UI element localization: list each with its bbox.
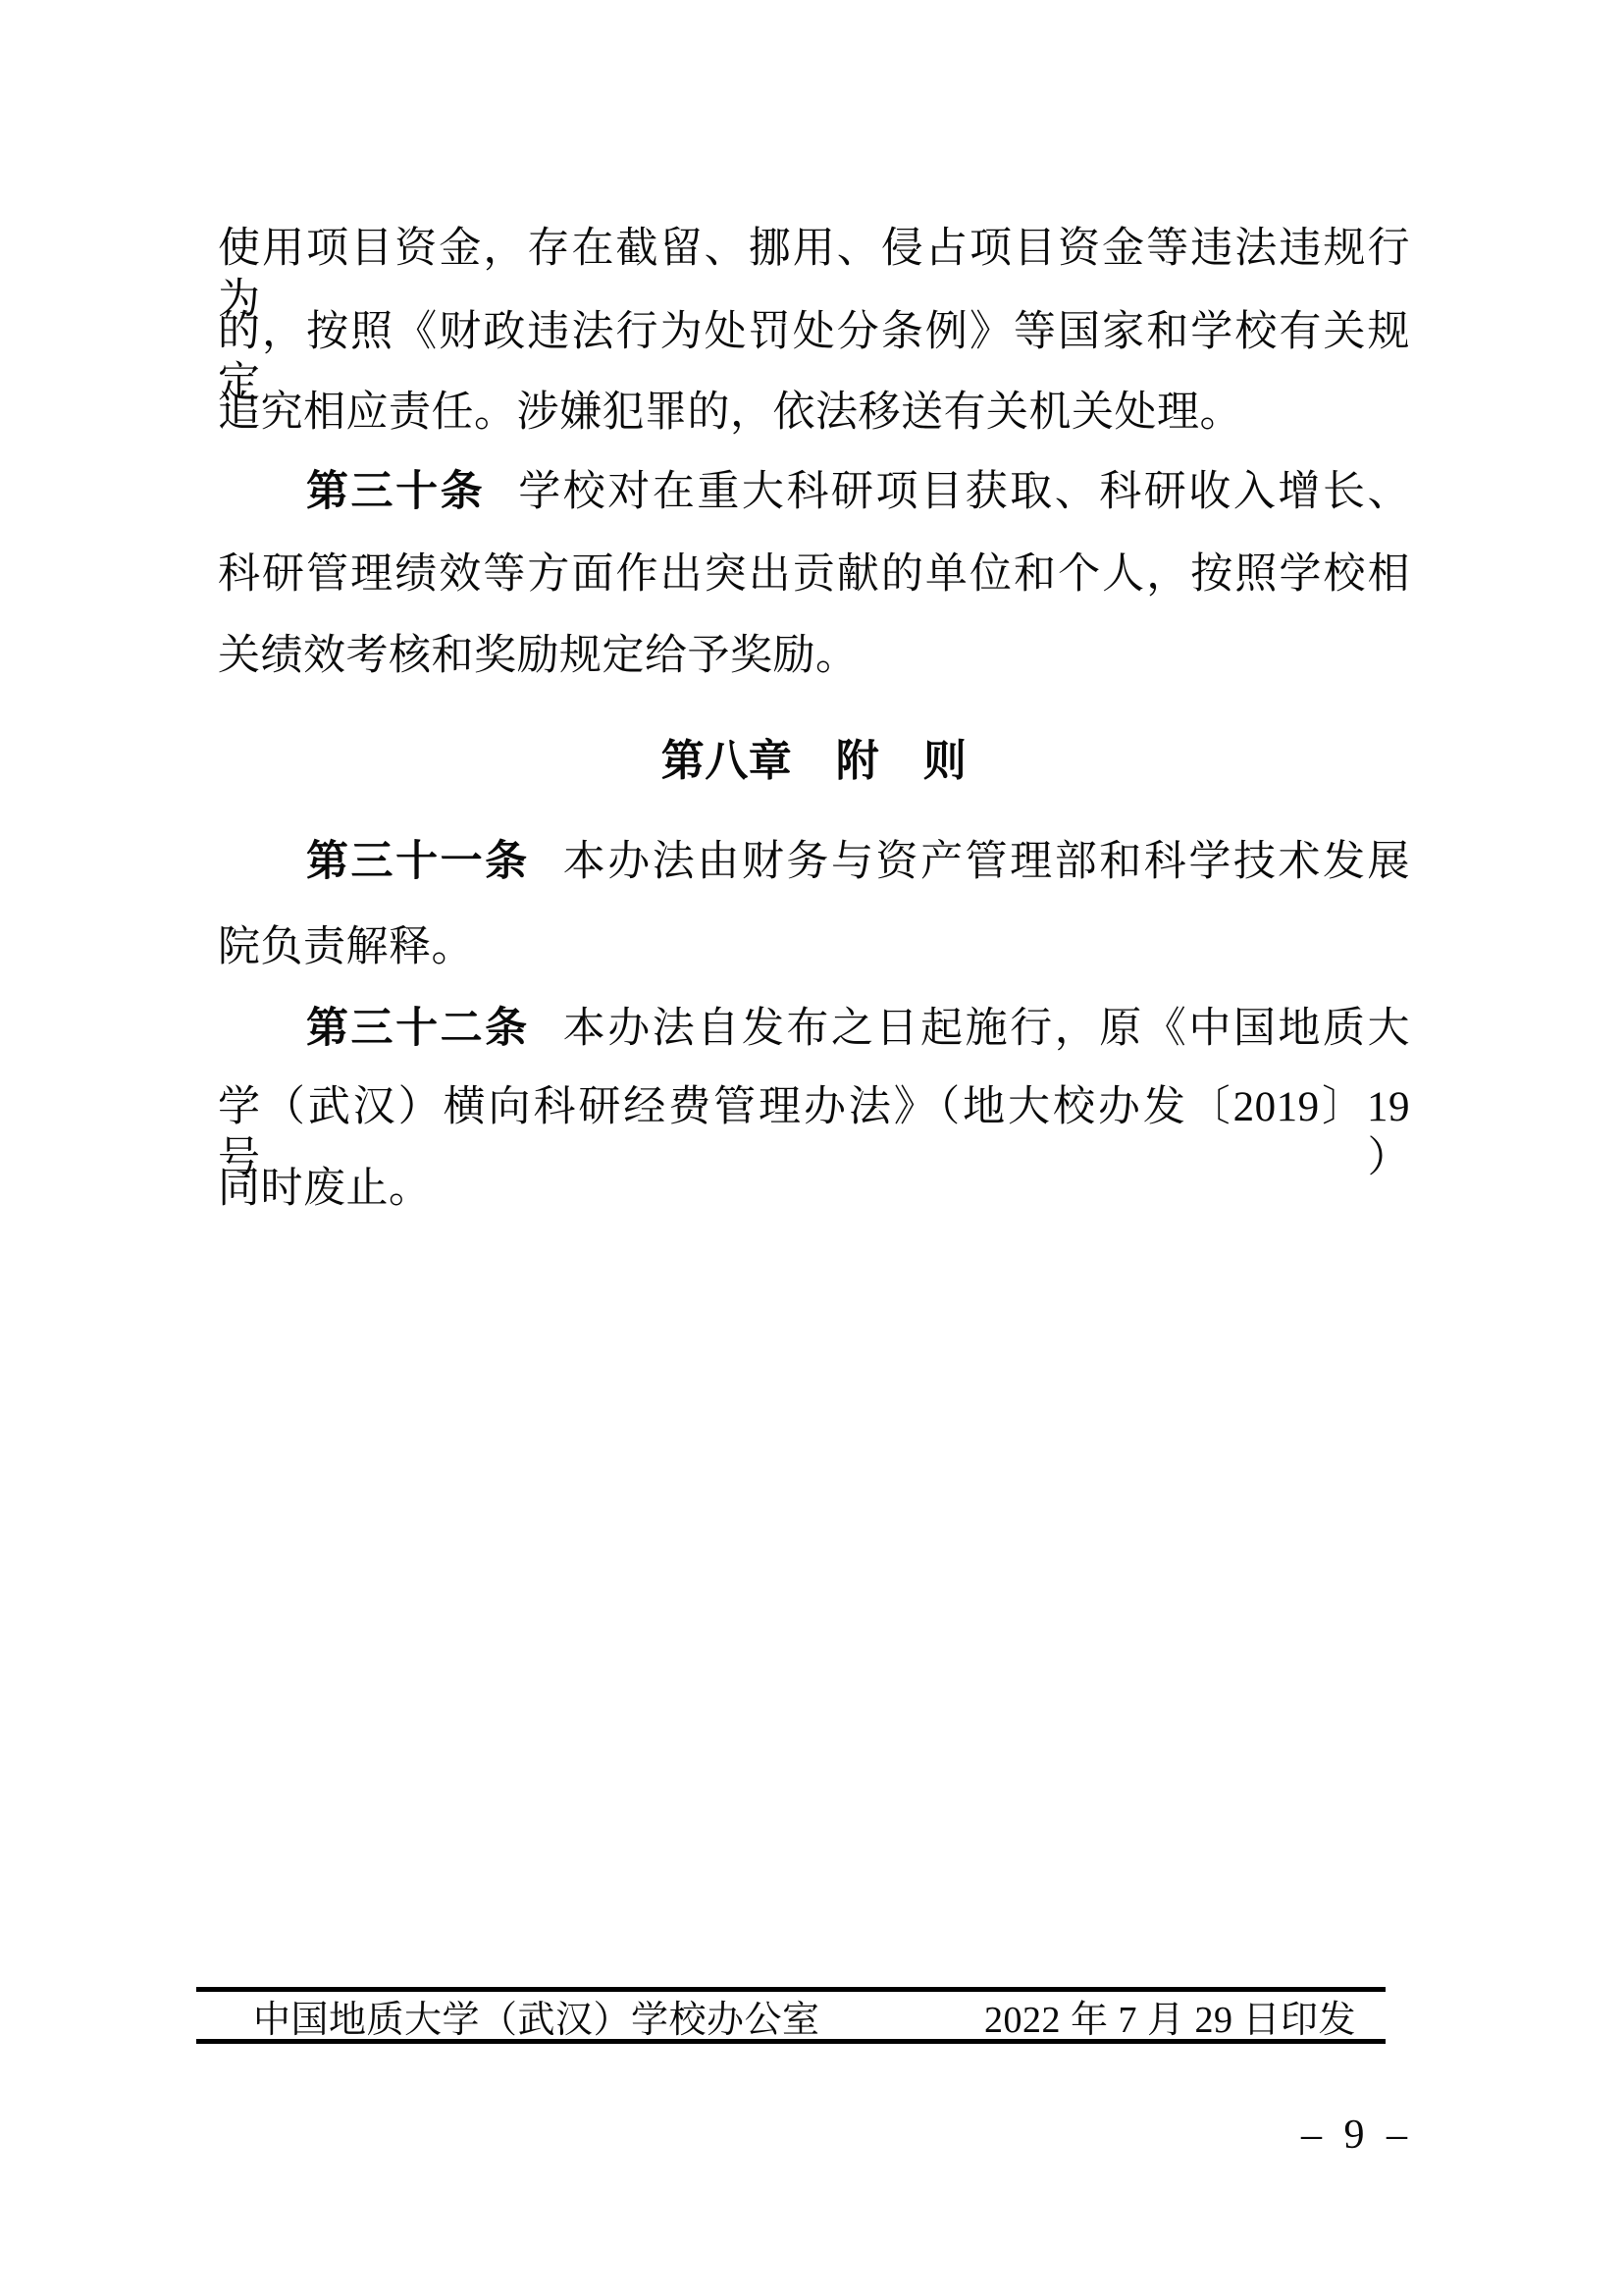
footer-rule-bottom [196, 2039, 1386, 2044]
footer-print-date: 2022 年 7 月 29 日印发 [984, 1989, 1356, 2043]
body-line-text: 关绩效考核和奖励规定给予奖励。 [218, 633, 859, 679]
body-line-text: 学校对在重大科研项目获取、科研收入增长、 [518, 469, 1410, 515]
footer-issuer: 中国地质大学（武汉）学校办公室 [253, 1989, 820, 2043]
body-line: 院负责解释。 [218, 922, 1410, 973]
body-line: 关绩效考核和奖励规定给予奖励。 [218, 631, 1410, 682]
body-line: 第三十条学校对在重大科研项目获取、科研收入增长、 [218, 467, 1410, 518]
body-line-text: 本办法自发布之日起施行，原《中国地质大 [563, 1006, 1410, 1052]
body-line-text: 同时废止。 [218, 1166, 432, 1212]
article-number-label: 第三十一条 [306, 839, 530, 885]
body-line: 第三十二条本办法自发布之日起施行，原《中国地质大 [218, 1004, 1410, 1055]
article-number-label: 第三十条 [306, 469, 485, 515]
body-line: 同时废止。 [218, 1164, 1410, 1215]
body-line-text: 本办法由财务与资产管理部和科学技术发展 [563, 839, 1410, 885]
document-body: 使用项目资金，存在截留、挪用、侵占项目资金等违法违规行为 的，按照《财政违法行为… [218, 0, 1410, 1374]
body-line-text: 追究相应责任。涉嫌犯罪的，依法移送有关机关处理。 [218, 390, 1242, 436]
article-number-label: 第三十二条 [306, 1006, 530, 1052]
body-line-text: 院负责解释。 [218, 924, 474, 970]
footer: 中国地质大学（武汉）学校办公室 2022 年 7 月 29 日印发 [196, 1992, 1386, 2039]
body-line-text: 科研管理绩效等方面作出突出贡献的单位和个人，按照学校相 [218, 551, 1410, 598]
page-number: – 9 – [1217, 2112, 1413, 2159]
document-page: 使用项目资金，存在截留、挪用、侵占项目资金等违法违规行为 的，按照《财政违法行为… [0, 0, 1624, 2296]
chapter-heading: 第八章 附 则 [218, 736, 1410, 787]
body-line: 科研管理绩效等方面作出突出贡献的单位和个人，按照学校相 [218, 549, 1410, 600]
body-line: 第三十一条本办法由财务与资产管理部和科学技术发展 [218, 837, 1410, 888]
body-line: 追究相应责任。涉嫌犯罪的，依法移送有关机关处理。 [218, 388, 1410, 439]
